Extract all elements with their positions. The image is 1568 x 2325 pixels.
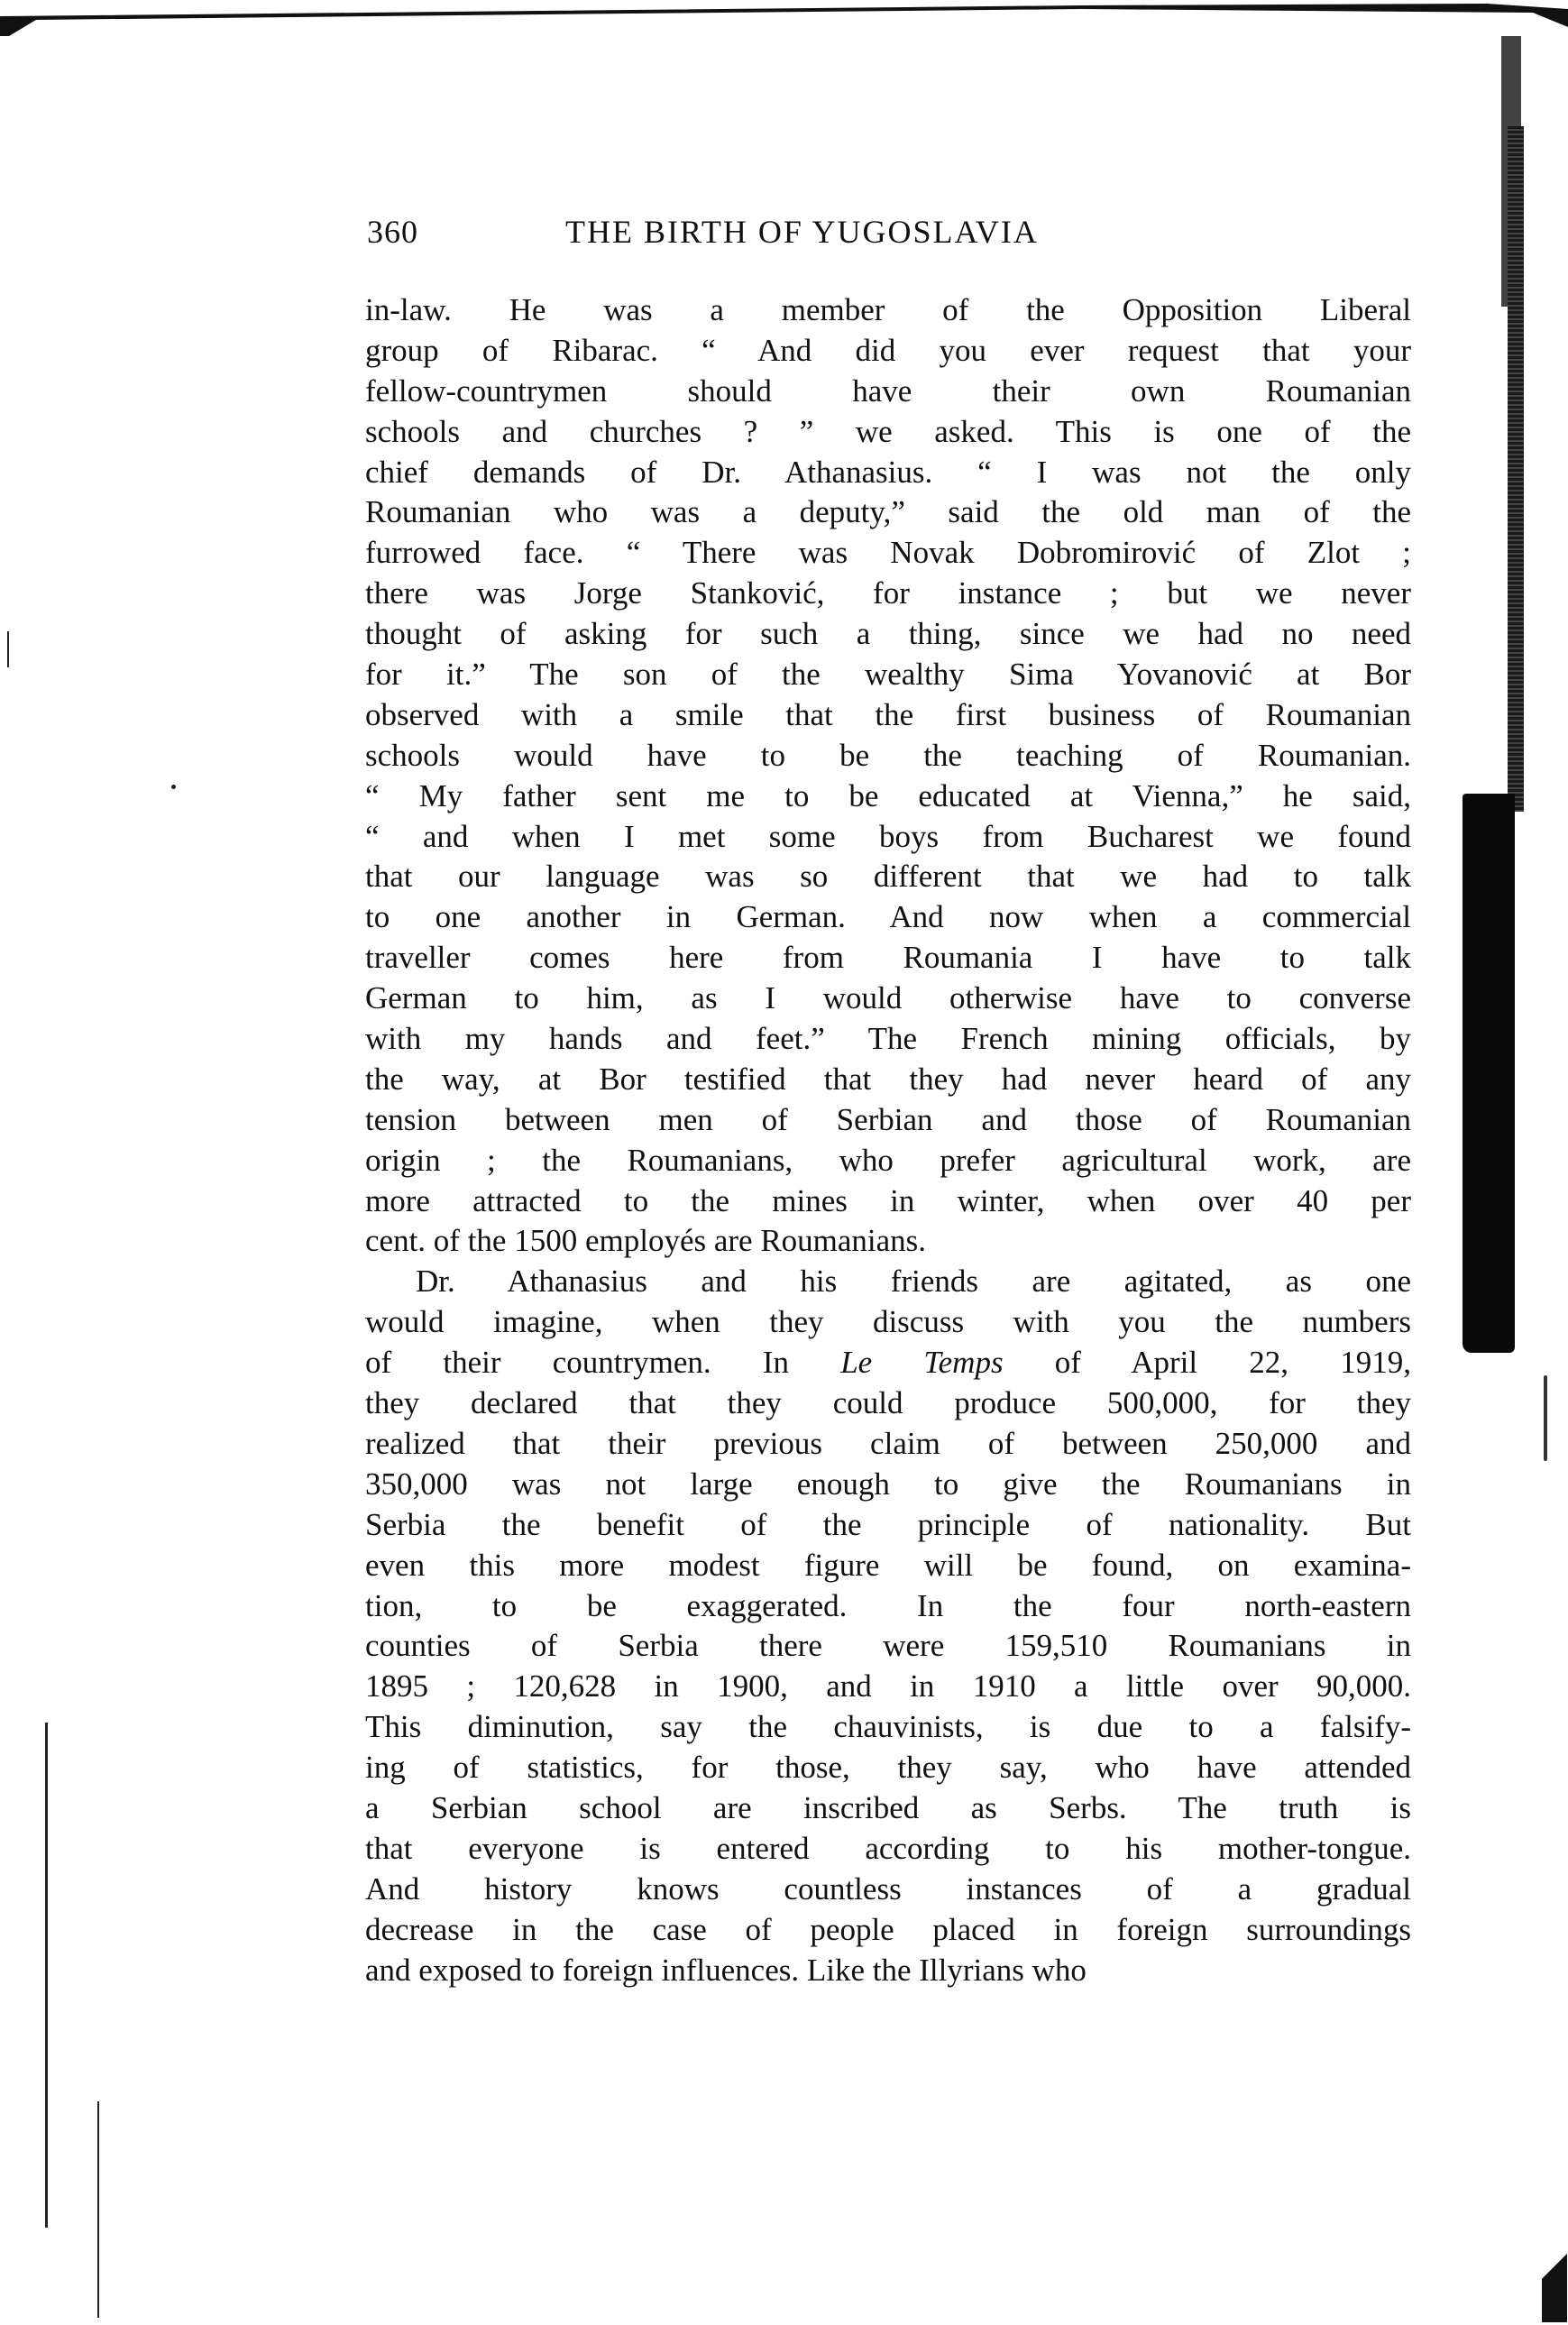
- text-line: 350,000 was not large enough to give the…: [365, 1465, 1411, 1505]
- text-line: in-law. He was a member of the Oppositio…: [365, 290, 1411, 331]
- scan-top-edge-shadow: [0, 0, 1568, 36]
- paragraph: in-law. He was a member of the Oppositio…: [365, 290, 1411, 1262]
- text-line: observed with a smile that the first bus…: [365, 695, 1411, 736]
- scan-right-edge-shadow: [1508, 126, 1524, 812]
- text-line: to one another in German. And now when a…: [365, 897, 1411, 938]
- text-line: traveller comes here from Roumania I hav…: [365, 938, 1411, 979]
- text-line: German to him, as I would otherwise have…: [365, 979, 1411, 1019]
- text-line: of their countrymen. In Le Temps of Apri…: [365, 1343, 1411, 1383]
- text-line: fellow-countrymen should have their own …: [365, 372, 1411, 412]
- text-line: thought of asking for such a thing, sinc…: [365, 614, 1411, 655]
- stray-dot: [171, 785, 176, 789]
- text-line: group of Ribarac. “ And did you ever req…: [365, 331, 1411, 372]
- text-line: “ My father sent me to be educated at Vi…: [365, 777, 1411, 817]
- text-line: there was Jorge Stanković, for instance …: [365, 574, 1411, 614]
- scan-thumb-shadow: [1463, 794, 1515, 1353]
- text-line: schools and churches ? ” we asked. This …: [365, 412, 1411, 453]
- text-line: with my hands and feet.” The French mini…: [365, 1019, 1411, 1060]
- text-line: decrease in the case of people placed in…: [365, 1910, 1411, 1951]
- text-line: a Serbian school are inscribed as Serbs.…: [365, 1788, 1411, 1829]
- text-line: 1895 ; 120,628 in 1900, and in 1910 a li…: [365, 1667, 1411, 1707]
- text-line: they declared that they could produce 50…: [365, 1383, 1411, 1424]
- italic-title: Le Temps: [840, 1345, 1003, 1380]
- text-line: that our language was so different that …: [365, 857, 1411, 897]
- text-line: more attracted to the mines in winter, w…: [365, 1181, 1411, 1222]
- text-line: Serbia the benefit of the principle of n…: [365, 1505, 1411, 1546]
- page-number: 360: [367, 213, 418, 251]
- text-line: tension between men of Serbian and those…: [365, 1100, 1411, 1141]
- text-line: would imagine, when they discuss with yo…: [365, 1302, 1411, 1343]
- text-line: Roumanian who was a deputy,” said the ol…: [365, 492, 1411, 533]
- scan-left-edge-line: [97, 2101, 99, 2318]
- text-line: origin ; the Roumanians, who prefer agri…: [365, 1141, 1411, 1181]
- text-line: “ and when I met some boys from Buchares…: [365, 817, 1411, 858]
- text-line: counties of Serbia there were 159,510 Ro…: [365, 1626, 1411, 1667]
- scan-edge-mark: [1544, 1375, 1547, 1461]
- text-line: for it.” The son of the wealthy Sima Yov…: [365, 655, 1411, 695]
- text-line: and exposed to foreign influences. Like …: [365, 1951, 1411, 1991]
- text-line: that everyone is entered according to hi…: [365, 1829, 1411, 1870]
- paragraph: Dr. Athanasius and his friends are agita…: [365, 1262, 1411, 1990]
- text-line: realized that their previous claim of be…: [365, 1424, 1411, 1465]
- body-text: in-law. He was a member of the Oppositio…: [365, 290, 1411, 1990]
- text-line: tion, to be exaggerated. In the four nor…: [365, 1586, 1411, 1627]
- scan-left-edge-mark: [7, 631, 9, 667]
- text-line: schools would have to be the teaching of…: [365, 736, 1411, 777]
- text-line: This diminution, say the chauvinists, is…: [365, 1707, 1411, 1748]
- text-line: Dr. Athanasius and his friends are agita…: [365, 1262, 1411, 1302]
- book-title: THE BIRTH OF YUGOSLAVIA: [565, 213, 1039, 251]
- running-head: 360 THE BIRTH OF YUGOSLAVIA: [365, 213, 1411, 249]
- text-line: even this more modest figure will be fou…: [365, 1546, 1411, 1586]
- text-line: ing of statistics, for those, they say, …: [365, 1748, 1411, 1788]
- text-line: furrowed face. “ There was Novak Dobromi…: [365, 533, 1411, 574]
- scan-left-edge-line: [45, 1723, 48, 2228]
- text-line: chief demands of Dr. Athanasius. “ I was…: [365, 453, 1411, 493]
- text-line: And history knows countless instances of…: [365, 1870, 1411, 1910]
- text-line: cent. of the 1500 employés are Roumanian…: [365, 1221, 1411, 1262]
- text-line: the way, at Bor testified that they had …: [365, 1060, 1411, 1100]
- scan-corner-mark: [1542, 2232, 1567, 2322]
